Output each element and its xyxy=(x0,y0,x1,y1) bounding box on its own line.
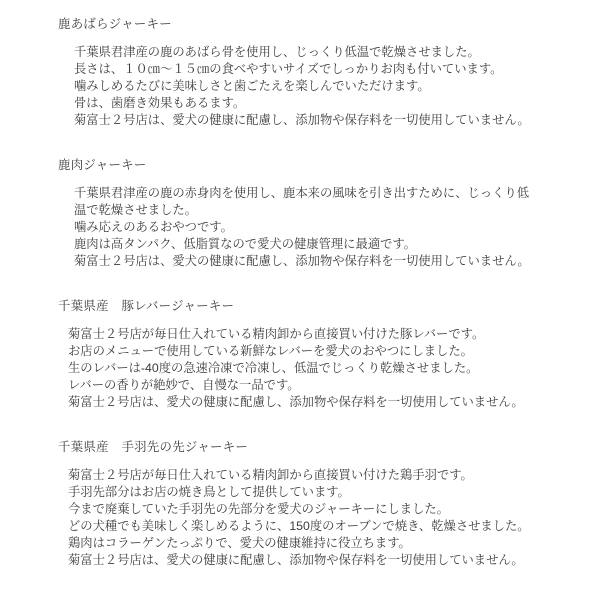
section-deer-rib-jerky: 鹿あばらジャーキー 千葉県君津産の鹿のあばら骨を使用し、じっくり低温で乾燥させま… xyxy=(58,16,570,129)
description-line: 菊富士２号店は、愛犬の健康に配慮し、添加物や保存料を一切使用していません。 xyxy=(74,253,570,270)
product-title: 鹿肉ジャーキー xyxy=(58,157,570,174)
section-venison-jerky: 鹿肉ジャーキー 千葉県君津産の鹿の赤身肉を使用し、鹿本来の風味を引き出すために、… xyxy=(58,157,570,270)
section-pork-liver-jerky: 千葉県産 豚レバージャーキー 菊富士２号店が毎日仕入れている精肉卸から直接買い付… xyxy=(58,298,570,411)
product-title: 千葉県産 手羽先の先ジャーキー xyxy=(58,439,570,456)
product-title: 千葉県産 豚レバージャーキー xyxy=(58,298,570,315)
description-line: 温で乾燥させました。 xyxy=(74,202,570,219)
description-line: 菊富士２号店は、愛犬の健康に配慮し、添加物や保存料を一切使用していません。 xyxy=(74,112,570,129)
description-line: 菊富士２号店は、愛犬の健康に配慮し、添加物や保存料を一切使用していません。 xyxy=(68,552,570,569)
product-description: 菊富士２号店が毎日仕入れている精肉卸から直接買い付けた鶏手羽です。 手羽先部分は… xyxy=(58,467,570,569)
product-description: 菊富士２号店が毎日仕入れている精肉卸から直接買い付けた豚レバーです。 お店のメニ… xyxy=(58,326,570,411)
description-line: 千葉県君津産の鹿の赤身肉を使用し、鹿本来の風味を引き出すために、じっくり低 xyxy=(74,185,570,202)
product-description: 千葉県君津産の鹿のあばら骨を使用し、じっくり低温で乾燥させました。 長さは、１０… xyxy=(58,44,570,129)
description-line: 長さは、１０㎝～１５㎝の食べやすいサイズでしっかりお肉も付いています。 xyxy=(74,61,570,78)
product-description-document: 鹿あばらジャーキー 千葉県君津産の鹿のあばら骨を使用し、じっくり低温で乾燥させま… xyxy=(0,0,600,600)
description-line: 今まで廃棄していた手羽先の先部分を愛犬のジャーキーにしました。 xyxy=(68,501,570,518)
description-line: 鶏肉はコラーゲンたっぷりで、愛犬の健康維持に役立ちます。 xyxy=(68,535,570,552)
description-line: 千葉県君津産の鹿のあばら骨を使用し、じっくり低温で乾燥させました。 xyxy=(74,44,570,61)
description-line: 生のレバーは-40度の急速冷凍で冷凍し、低温でじっくり乾燥させました。 xyxy=(68,360,570,377)
description-line: 鹿肉は高タンパク、低脂質なので愛犬の健康管理に最適です。 xyxy=(74,236,570,253)
description-line: お店のメニューで使用している新鮮なレバーを愛犬のおやつにしました。 xyxy=(68,343,570,360)
description-line: 手羽先部分はお店の焼き鳥として提供しています。 xyxy=(68,484,570,501)
product-description: 千葉県君津産の鹿の赤身肉を使用し、鹿本来の風味を引き出すために、じっくり低 温で… xyxy=(58,185,570,270)
section-chicken-wing-tip-jerky: 千葉県産 手羽先の先ジャーキー 菊富士２号店が毎日仕入れている精肉卸から直接買い… xyxy=(58,439,570,569)
description-line: どの犬種でも美味しく楽しめるように、150度のオーブンで焼き、乾燥させました。 xyxy=(68,518,570,535)
description-line: レバーの香りが絶妙で、自慢な一品です。 xyxy=(68,377,570,394)
product-title: 鹿あばらジャーキー xyxy=(58,16,570,33)
description-line: 菊富士２号店が毎日仕入れている精肉卸から直接買い付けた鶏手羽です。 xyxy=(68,467,570,484)
description-line: 菊富士２号店は、愛犬の健康に配慮し、添加物や保存料を一切使用していません。 xyxy=(68,394,570,411)
description-line: 菊富士２号店が毎日仕入れている精肉卸から直接買い付けた豚レバーです。 xyxy=(68,326,570,343)
description-line: 噛み応えのあるおやつです。 xyxy=(74,219,570,236)
description-line: 骨は、歯磨き効果もあるます。 xyxy=(74,95,570,112)
description-line: 噛みしめるたびに美味しさと歯ごたえを楽しんでいただけます。 xyxy=(74,78,570,95)
